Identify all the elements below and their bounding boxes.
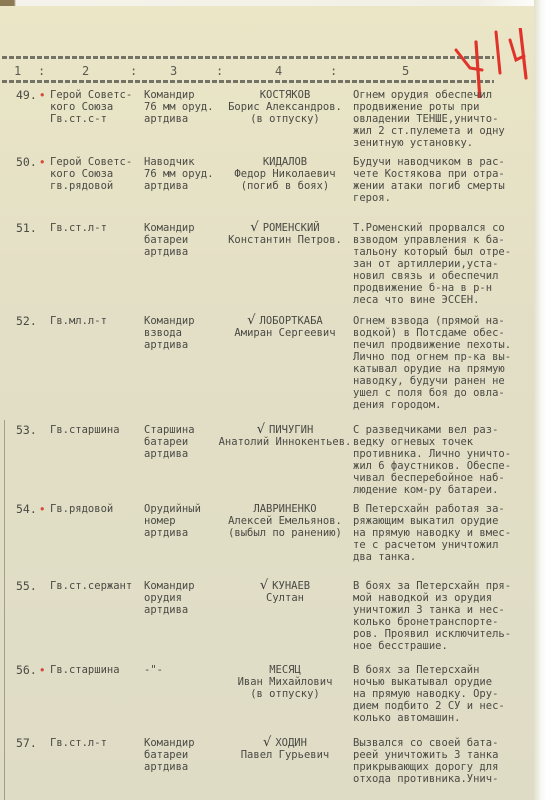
deed-description-cell-line: колько бронетранспорте- bbox=[353, 616, 543, 628]
rank-cell-line: Гв.старшина bbox=[50, 664, 140, 676]
deed-description-cell-line: чивал бесперебойное наб- bbox=[353, 472, 543, 484]
deed-description-cell-line: наводку, будучи ранен не bbox=[353, 375, 543, 387]
checkmark-icon: √ bbox=[247, 313, 255, 328]
rank-cell-line: Гв.ст.сержант bbox=[50, 580, 140, 592]
deed-description-cell-line: ряжающим выкатил орудие bbox=[353, 515, 543, 527]
name-cell-line: Амиран Сергеевич bbox=[210, 327, 360, 339]
entry-number: 54.• bbox=[16, 503, 46, 515]
column-number-4: 4 bbox=[275, 64, 282, 78]
position-cell-line: номер bbox=[144, 515, 220, 527]
deed-description-cell-line: Огнем орудия обеспечил bbox=[353, 89, 543, 101]
deed-description-cell: Огнем орудия обеспечилпродвижение роты п… bbox=[353, 89, 543, 149]
deed-description-cell-line: героя. bbox=[353, 192, 543, 204]
column-number-2: 2 bbox=[82, 64, 89, 78]
red-mark-icon: • bbox=[39, 155, 46, 169]
deed-description-cell-line: взводом управления к ба- bbox=[353, 234, 543, 246]
document-page: 1 : 2 : 3 : 4 : 5 49.•Герой Советс-кого … bbox=[0, 0, 546, 800]
deed-description-cell-line: ров. Проявил исключитель- bbox=[353, 628, 543, 640]
rank-cell: Гв.ст.л-т bbox=[50, 222, 140, 234]
rank-cell: Гв.мл.л-т bbox=[50, 315, 140, 327]
position-cell-line: артдива bbox=[144, 527, 220, 539]
deed-description-cell-line: В Петерсхайн работая за- bbox=[353, 503, 543, 515]
table-header-bottom-rule bbox=[2, 80, 494, 83]
name-cell: √РОМЕНСКИЙКонстантин Петров. bbox=[210, 222, 360, 246]
rank-cell-line: Гв.ст.с-т bbox=[50, 113, 140, 125]
name-cell-line: Султан bbox=[210, 592, 360, 604]
name-cell-line: Борис Александров. bbox=[210, 101, 360, 113]
position-cell-line: Наводчик bbox=[144, 156, 220, 168]
name-cell: КИДАЛОВФедор Николаевич(погиб в боях) bbox=[210, 156, 360, 192]
deed-description-cell-line: катывал орудие на прямую bbox=[353, 363, 543, 375]
name-cell-line: КИДАЛОВ bbox=[210, 156, 360, 168]
deed-description-cell-line: Будучи наводчиком в рас- bbox=[353, 156, 543, 168]
deed-description-cell-line: отхода противника.Унич- bbox=[353, 773, 543, 785]
checkmark-icon: √ bbox=[263, 735, 271, 750]
column-number-3: 3 bbox=[170, 64, 177, 78]
deed-description-cell-line: леса что вине ЭССЕН. bbox=[353, 294, 543, 306]
deed-description-cell-line: мой наводкой из орудия bbox=[353, 592, 543, 604]
column-separator: : bbox=[216, 64, 223, 78]
name-cell-line: √КУНАЕВ bbox=[210, 580, 360, 592]
deed-description-cell-line: ушел с поля боя до овла- bbox=[353, 387, 543, 399]
deed-description-cell-line: жил 2 ст.пулемета и одну bbox=[353, 125, 543, 137]
deed-description-cell-line: два танка. bbox=[353, 551, 543, 563]
entry-number: 50.• bbox=[16, 156, 46, 168]
position-cell-line: артдива bbox=[144, 180, 220, 192]
position-cell-line: Старшина bbox=[144, 424, 220, 436]
name-cell-line: (погиб в боях) bbox=[210, 180, 360, 192]
position-cell-line: Командир bbox=[144, 89, 220, 101]
deed-description-cell: Огнем взвода (прямой на-водкой) в Потсда… bbox=[353, 315, 543, 411]
entry-number: 53. bbox=[16, 424, 46, 436]
position-cell-line: 76 мм оруд. bbox=[144, 168, 220, 180]
rank-cell: Гв.старшина bbox=[50, 424, 140, 436]
checkmark-icon: √ bbox=[260, 578, 268, 593]
name-cell: МЕСЯЦИван Михайлович(в отпуску) bbox=[210, 664, 360, 700]
page-fold-line bbox=[4, 420, 5, 800]
position-cell-line: артдива bbox=[144, 448, 220, 460]
position-cell-line: Командир bbox=[144, 315, 220, 327]
name-cell-line: √ЛОБОРТКАБА bbox=[210, 315, 360, 327]
deed-description-cell-line: чете Костякова при отра- bbox=[353, 168, 543, 180]
red-mark-icon: • bbox=[39, 88, 46, 102]
name-cell-line: (выбыл по ранению) bbox=[210, 527, 360, 539]
deed-description-cell-line: жении атаки погиб смерты bbox=[353, 180, 543, 192]
deed-description-cell: Т.Роменский прорвался совзводом управлен… bbox=[353, 222, 543, 306]
entry-number: 51. bbox=[16, 222, 46, 234]
name-cell: √ЛОБОРТКАБААмиран Сергеевич bbox=[210, 315, 360, 339]
rank-cell-line: Гв.мл.л-т bbox=[50, 315, 140, 327]
deed-description-cell-line: С разведчиками вел раз- bbox=[353, 424, 543, 436]
position-cell: -"- bbox=[144, 664, 220, 676]
deed-description-cell-line: В боях за Петерсхайн пря- bbox=[353, 580, 543, 592]
deed-description-cell-line: печил продвижение пехоты. bbox=[353, 339, 543, 351]
name-cell-line: Анатолий Иннокентьев. bbox=[210, 436, 360, 448]
rank-cell: Гв.рядовой bbox=[50, 503, 140, 515]
deed-description-cell-line: продвижение роты при bbox=[353, 101, 543, 113]
name-cell: ЛАВРИНЕНКОАлексей Емельянов.(выбыл по ра… bbox=[210, 503, 360, 539]
deed-description-cell-line: людение ком-ру батареи. bbox=[353, 484, 543, 496]
rank-cell: Герой Советс-кого Союзагв.рядовой bbox=[50, 156, 140, 192]
position-cell: Орудийныйномерартдива bbox=[144, 503, 220, 539]
position-cell-line: Командир bbox=[144, 580, 220, 592]
deed-description-cell: В Петерсхайн работая за-ряжающим выкатил… bbox=[353, 503, 543, 563]
deed-description-cell-line: прикрывающих дорогу для bbox=[353, 761, 543, 773]
position-cell: Командир76 мм оруд.артдива bbox=[144, 89, 220, 125]
deed-description-cell-line: дием подбито 2 СУ и нес- bbox=[353, 700, 543, 712]
name-cell-line: Константин Петров. bbox=[210, 234, 360, 246]
scan-top-edge bbox=[0, 0, 546, 6]
name-cell-line: МЕСЯЦ bbox=[210, 664, 360, 676]
red-mark-icon: • bbox=[39, 502, 46, 516]
checkmark-icon: √ bbox=[257, 422, 265, 437]
position-cell: Командирбатареиартдива bbox=[144, 222, 220, 258]
position-cell: Командирвзводаартдива bbox=[144, 315, 220, 351]
deed-description-cell-line: водкой) в Потсдаме обес- bbox=[353, 327, 543, 339]
position-cell-line: -"- bbox=[144, 664, 220, 676]
position-cell-line: батареи bbox=[144, 749, 220, 761]
deed-description-cell-line: ночью выкатывал орудие bbox=[353, 676, 543, 688]
entry-number: 49.• bbox=[16, 89, 46, 101]
entry-number: 56.• bbox=[16, 664, 46, 676]
deed-description-cell-line: реей уничтожить 3 танка bbox=[353, 749, 543, 761]
deed-description-cell-line: продвижение б-на в р-н bbox=[353, 282, 543, 294]
rank-cell: Гв.ст.л-т bbox=[50, 737, 140, 749]
entry-number: 57. bbox=[16, 737, 46, 749]
position-cell: Командирбатареиартдива bbox=[144, 737, 220, 773]
position-cell-line: Командир bbox=[144, 222, 220, 234]
name-cell-line: Иван Михайлович bbox=[210, 676, 360, 688]
position-cell: Старшинабатареиартдива bbox=[144, 424, 220, 460]
position-cell-line: батареи bbox=[144, 234, 220, 246]
deed-description-cell-line: В боях за Петерсхайн bbox=[353, 664, 543, 676]
column-number-1: 1 bbox=[14, 64, 21, 78]
name-cell: √КУНАЕВСултан bbox=[210, 580, 360, 604]
rank-cell-line: кого Союза bbox=[50, 101, 140, 113]
column-separator: : bbox=[38, 64, 45, 78]
deed-description-cell: С разведчиками вел раз-ведку огневых точ… bbox=[353, 424, 543, 496]
position-cell-line: взвода bbox=[144, 327, 220, 339]
handwritten-page-number bbox=[440, 28, 530, 98]
rank-cell: Герой Советс-кого СоюзаГв.ст.с-т bbox=[50, 89, 140, 125]
name-cell: √ПИЧУГИНАнатолий Иннокентьев. bbox=[210, 424, 360, 448]
position-cell-line: артдива bbox=[144, 604, 220, 616]
name-cell-line: (в отпуску) bbox=[210, 113, 360, 125]
rank-cell-line: Гв.рядовой bbox=[50, 503, 140, 515]
rank-cell-line: кого Союза bbox=[50, 168, 140, 180]
deed-description-cell-line: уничтожил 3 танка и нес- bbox=[353, 604, 543, 616]
entry-number: 55. bbox=[16, 580, 46, 592]
name-cell: КОСТЯКОВБорис Александров.(в отпуску) bbox=[210, 89, 360, 125]
name-cell-line: √ХОДИН bbox=[210, 737, 360, 749]
deed-description-cell-line: колько автомашин. bbox=[353, 712, 543, 724]
name-cell-line: ЛАВРИНЕНКО bbox=[210, 503, 360, 515]
rank-cell-line: Гв.ст.л-т bbox=[50, 737, 140, 749]
deed-description-cell-line: ведку огневых точек bbox=[353, 436, 543, 448]
name-cell-line: √ПИЧУГИН bbox=[210, 424, 360, 436]
deed-description-cell-line: на прямую наводку. Ору- bbox=[353, 688, 543, 700]
name-cell-line: КОСТЯКОВ bbox=[210, 89, 360, 101]
name-cell: √ХОДИНПавел Гурьевич bbox=[210, 737, 360, 761]
deed-description-cell-line: Огнем взвода (прямой на- bbox=[353, 315, 543, 327]
position-cell-line: Командир bbox=[144, 737, 220, 749]
column-separator: : bbox=[330, 64, 337, 78]
deed-description-cell: Будучи наводчиком в рас-чете Костякова п… bbox=[353, 156, 543, 204]
deed-description-cell: В боях за Петерсхайн пря-мой наводкой из… bbox=[353, 580, 543, 652]
deed-description-cell-line: Т.Роменский прорвался со bbox=[353, 222, 543, 234]
name-cell-line: √РОМЕНСКИЙ bbox=[210, 222, 360, 234]
name-cell-line: Федор Николаевич bbox=[210, 168, 360, 180]
deed-description-cell-line: те с расчетом уничтожил bbox=[353, 539, 543, 551]
deed-description-cell: В боях за Петерсхайнночью выкатывал оруд… bbox=[353, 664, 543, 724]
position-cell-line: 76 мм оруд. bbox=[144, 101, 220, 113]
name-cell-line: (в отпуску) bbox=[210, 688, 360, 700]
rank-cell: Гв.ст.сержант bbox=[50, 580, 140, 592]
deed-description-cell-line: овладении ТЕНШЕ,уничто- bbox=[353, 113, 543, 125]
column-separator: : bbox=[130, 64, 137, 78]
deed-description-cell-line: противника. Лично уничто- bbox=[353, 448, 543, 460]
deed-description-cell-line: зан от артиллерии,уста- bbox=[353, 258, 543, 270]
rank-cell-line: Гв.старшина bbox=[50, 424, 140, 436]
position-cell-line: артдива bbox=[144, 246, 220, 258]
position-cell: Наводчик76 мм оруд.артдива bbox=[144, 156, 220, 192]
checkmark-icon: √ bbox=[250, 220, 258, 235]
deed-description-cell-line: дения городом. bbox=[353, 399, 543, 411]
position-cell-line: Орудийный bbox=[144, 503, 220, 515]
column-number-5: 5 bbox=[402, 64, 409, 78]
deed-description-cell-line: Вызвался со своей бата- bbox=[353, 737, 543, 749]
deed-description-cell-line: тальону который был отре- bbox=[353, 246, 543, 258]
rank-cell-line: гв.рядовой bbox=[50, 180, 140, 192]
position-cell-line: артдива bbox=[144, 761, 220, 773]
rank-cell-line: Герой Советс- bbox=[50, 156, 140, 168]
entry-number: 52. bbox=[16, 315, 46, 327]
deed-description-cell-line: жил 6 фаустников. Обеспе- bbox=[353, 460, 543, 472]
position-cell-line: артдива bbox=[144, 113, 220, 125]
deed-description-cell: Вызвался со своей бата-реей уничтожить 3… bbox=[353, 737, 543, 785]
name-cell-line: Алексей Емельянов. bbox=[210, 515, 360, 527]
table-header-top-rule bbox=[2, 56, 494, 59]
deed-description-cell-line: Лично под огнем пр-ка вы- bbox=[353, 351, 543, 363]
position-cell-line: артдива bbox=[144, 339, 220, 351]
rank-cell-line: Герой Советс- bbox=[50, 89, 140, 101]
deed-description-cell-line: на прямую наводку и вмес- bbox=[353, 527, 543, 539]
deed-description-cell-line: ное бесстрашие. bbox=[353, 640, 543, 652]
name-cell-line: Павел Гурьевич bbox=[210, 749, 360, 761]
position-cell: Командирорудияартдива bbox=[144, 580, 220, 616]
position-cell-line: орудия bbox=[144, 592, 220, 604]
position-cell-line: батареи bbox=[144, 436, 220, 448]
deed-description-cell-line: новил связь и обеспечил bbox=[353, 270, 543, 282]
deed-description-cell-line: зенитную установку. bbox=[353, 137, 543, 149]
rank-cell-line: Гв.ст.л-т bbox=[50, 222, 140, 234]
red-mark-icon: • bbox=[39, 663, 46, 677]
rank-cell: Гв.старшина bbox=[50, 664, 140, 676]
